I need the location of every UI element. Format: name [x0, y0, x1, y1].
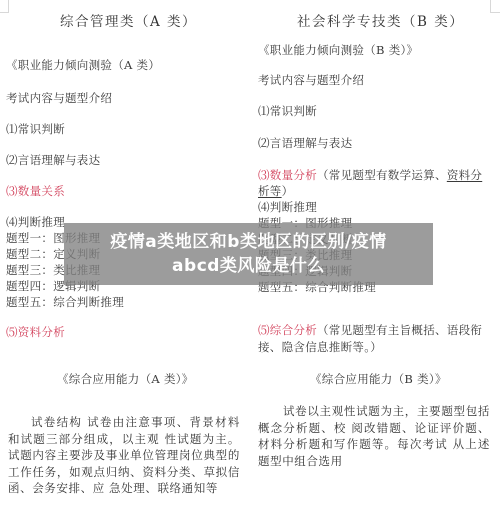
column-b-section2-body: 试卷以主观性试题为主，主要题型包括概念分析题、校 阅改错题、论证评价题、材料分析… [258, 403, 490, 469]
column-b-item-5: ⑸综合分析（常见题型有主旨概括、语段衔 [258, 323, 482, 337]
column-a-item-2: ⑵言语理解与表达 [6, 153, 100, 167]
column-a-item-3: ⑶数量关系 [6, 184, 65, 198]
column-a-section2-title: 《综合应用能力（A 类）》 [57, 372, 194, 386]
column-a-title: 综合管理类（A 类） [60, 15, 197, 29]
title-overlay-banner: 疫情a类地区和b类地区的区别/疫情 abcd类风险是什么 [64, 223, 433, 285]
column-b-intro: 考试内容与题型介绍 [258, 73, 364, 87]
column-b-item-3-label: ⑶数量分析 [258, 168, 317, 182]
column-b-item-3: ⑶数量分析（常见题型有数学运算、资料分 [258, 168, 482, 182]
column-b-item-4: ⑷判断推理 [258, 200, 317, 214]
column-a-item-4: ⑷判断推理 [6, 215, 65, 229]
column-b-item-5-cont: 接、隐含信息推断等。） [258, 340, 382, 354]
column-a-intro: 考试内容与题型介绍 [6, 91, 112, 105]
column-b-item-3-note-underlined: 资料分 [447, 168, 482, 182]
column-b-section1-title: 《职业能力倾向测验（B 类）》 [258, 43, 418, 57]
column-a-reasoning-type-5: 题型五：综合判断推理 [6, 295, 124, 309]
column-b-title: 社会科学专技类（B 类） [297, 15, 464, 29]
column-b-section2-title: 《综合应用能力（B 类）》 [310, 372, 447, 386]
column-b-item-5-note: （常见题型有主旨概括、语段衔 [317, 323, 482, 337]
column-b-item-3-note: （常见题型有数学运算、 [317, 168, 447, 182]
column-b-item-5-label: ⑸综合分析 [258, 323, 317, 337]
column-a-section2-body: 试卷结构 试卷由注意事项、背景材料和试题三部分组成，以主观 性试题为主。试题内容… [8, 414, 240, 497]
column-b-item-1: ⑴常识判断 [258, 104, 317, 118]
column-b-item-3-cont: 析等） [258, 184, 293, 198]
banner-title-line-1: 疫情a类地区和b类地区的区别/疫情 [110, 230, 386, 254]
column-b-item-3-note-underlined-2: 析等 [258, 184, 282, 198]
document-page: 综合管理类（A 类） 《职业能力倾向测验（A 类） 考试内容与题型介绍 ⑴常识判… [0, 0, 500, 510]
column-a-item-5: ⑸资料分析 [6, 325, 65, 339]
column-b-item-3-note-close: ） [282, 184, 294, 198]
column-b-item-2: ⑵言语理解与表达 [258, 136, 352, 150]
column-a-item-1: ⑴常识判断 [6, 122, 65, 136]
column-a-section1-title: 《职业能力倾向测验（A 类） [6, 58, 160, 72]
banner-title-line-2: abcd类风险是什么 [172, 254, 325, 278]
